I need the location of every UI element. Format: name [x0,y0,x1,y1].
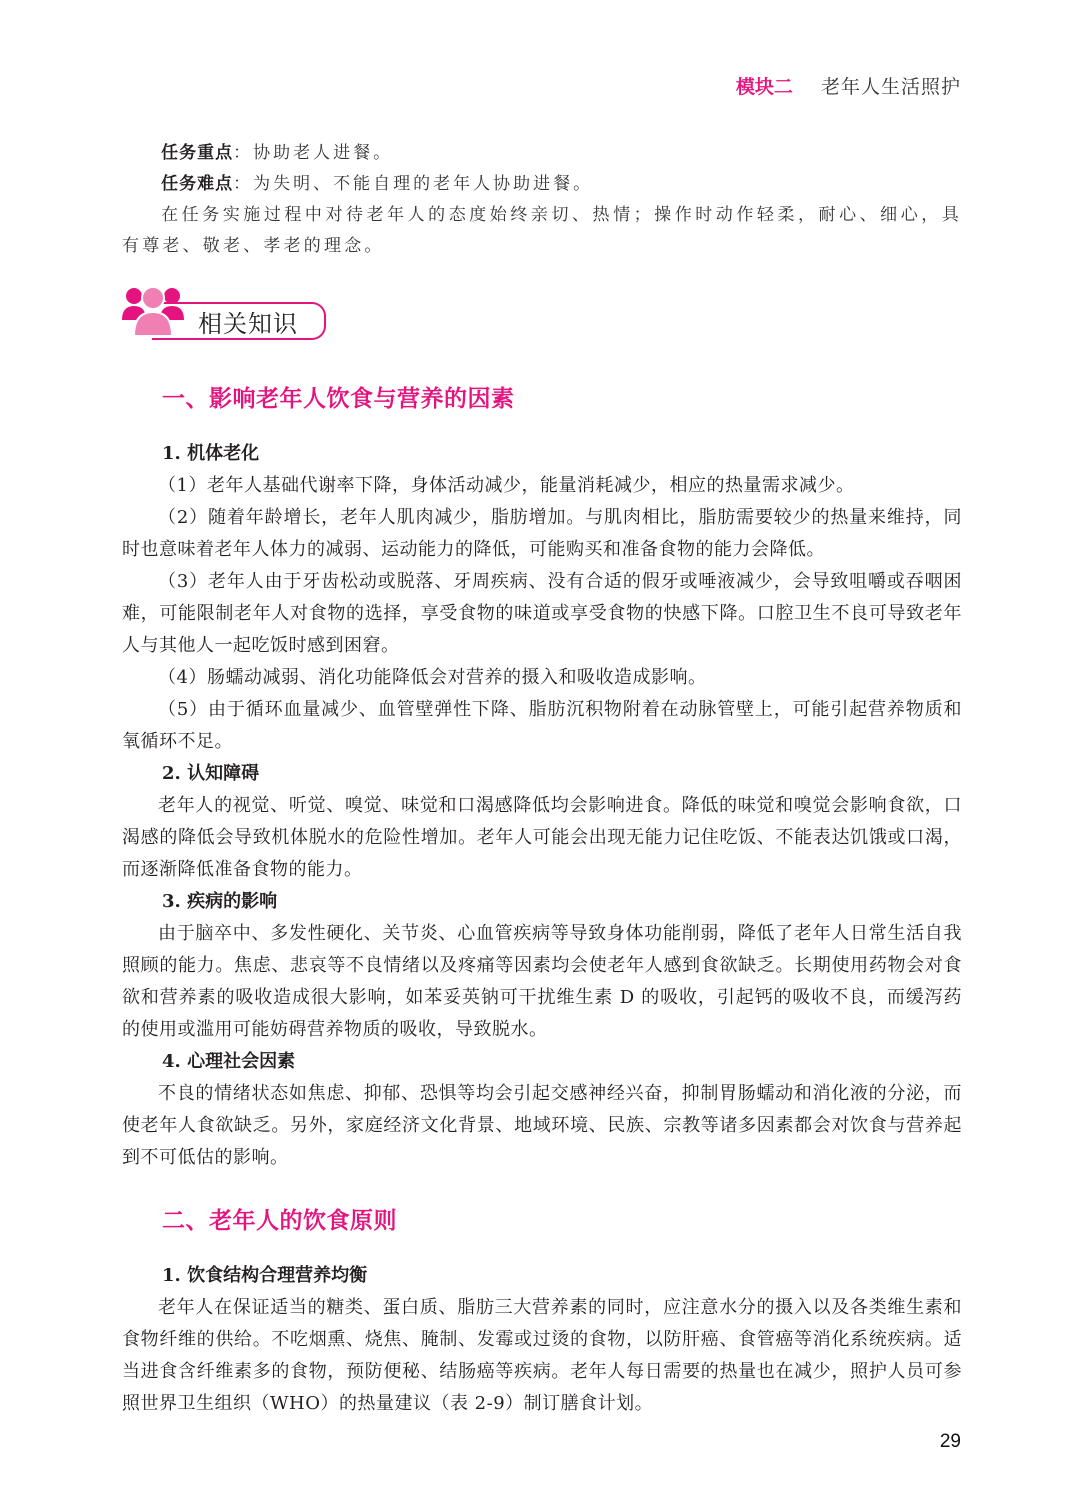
paragraph: （3）老年人由于牙齿松动或脱落、牙周疾病、没有合适的假牙或唾液减少，会导致咀嚼或… [122,566,962,662]
task-focus-label: 任务重点 [161,143,233,163]
running-header: 模块二 老年人生活照护 [736,72,961,99]
task-difficulty-text: 为失明、不能自理的老年人协助进餐。 [253,174,593,194]
module-label: 模块二 [736,76,793,98]
chapter-title: 老年人生活照护 [821,76,961,98]
badge-label: 相关知识 [198,304,298,339]
subsection-title: 4. 心理社会因素 [162,1046,962,1078]
subsection-text: 机体老化 [187,443,259,464]
section-title-2: 二、老年人的饮食原则 [162,1204,962,1238]
subsection-number: 1. [162,443,181,464]
subsection-title: 2. 认知障碍 [162,758,962,790]
subsection-title: 1. 饮食结构合理营养均衡 [162,1260,962,1292]
subsection-text: 心理社会因素 [187,1051,295,1072]
paragraph: （2）随着年龄增长，老年人肌肉减少，脂肪增加。与肌肉相比，脂肪需要较少的热量来维… [122,502,962,566]
related-knowledge-badge: 相关知识 [122,284,962,344]
subsection-title: 3. 疾病的影响 [162,886,962,918]
task-difficulty-label: 任务难点 [161,174,233,194]
intro-paragraph: 在任务实施过程中对待老年人的态度始终亲切、热情；操作时动作轻柔，耐心、细心，具有… [122,200,962,262]
task-focus: 任务重点：协助老人进餐。 [122,138,962,169]
subsection-number: 4. [162,1051,181,1072]
spacer [122,1174,962,1204]
task-difficulty: 任务难点：为失明、不能自理的老年人协助进餐。 [122,169,962,200]
separator: ： [233,174,253,194]
task-focus-text: 协助老人进餐。 [253,143,393,163]
subsection-number: 3. [162,891,181,912]
paragraph: （1）老年人基础代谢率下降，身体活动减少，能量消耗减少，相应的热量需求减少。 [122,470,962,502]
subsection-number: 1. [162,1265,181,1286]
subsection-number: 2. [162,763,181,784]
subsection-text: 认知障碍 [187,763,259,784]
people-group-icon [122,284,184,340]
section-title-1: 一、影响老年人饮食与营养的因素 [162,382,962,416]
paragraph: （4）肠蠕动减弱、消化功能降低会对营养的摄入和吸收造成影响。 [122,662,962,694]
page-content: 任务重点：协助老人进餐。 任务难点：为失明、不能自理的老年人协助进餐。 在任务实… [122,138,962,1420]
subsection-text: 疾病的影响 [187,891,277,912]
paragraph: 由于脑卒中、多发性硬化、关节炎、心血管疾病等导致身体功能削弱，降低了老年人日常生… [122,918,962,1046]
paragraph: 老年人的视觉、听觉、嗅觉、味觉和口渴感降低均会影响进食。降低的味觉和嗅觉会影响食… [122,790,962,886]
subsection-title: 1. 机体老化 [162,438,962,470]
separator: ： [233,143,253,163]
paragraph: 老年人在保证适当的糖类、蛋白质、脂肪三大营养素的同时，应注意水分的摄入以及各类维… [122,1292,962,1420]
page-number: 29 [940,1431,961,1453]
paragraph: （5）由于循环血量减少、血管壁弹性下降、脂肪沉积物附着在动脉管壁上，可能引起营养… [122,694,962,758]
subsection-text: 饮食结构合理营养均衡 [187,1265,367,1286]
paragraph: 不良的情绪状态如焦虑、抑郁、恐惧等均会引起交感神经兴奋，抑制胃肠蠕动和消化液的分… [122,1078,962,1174]
